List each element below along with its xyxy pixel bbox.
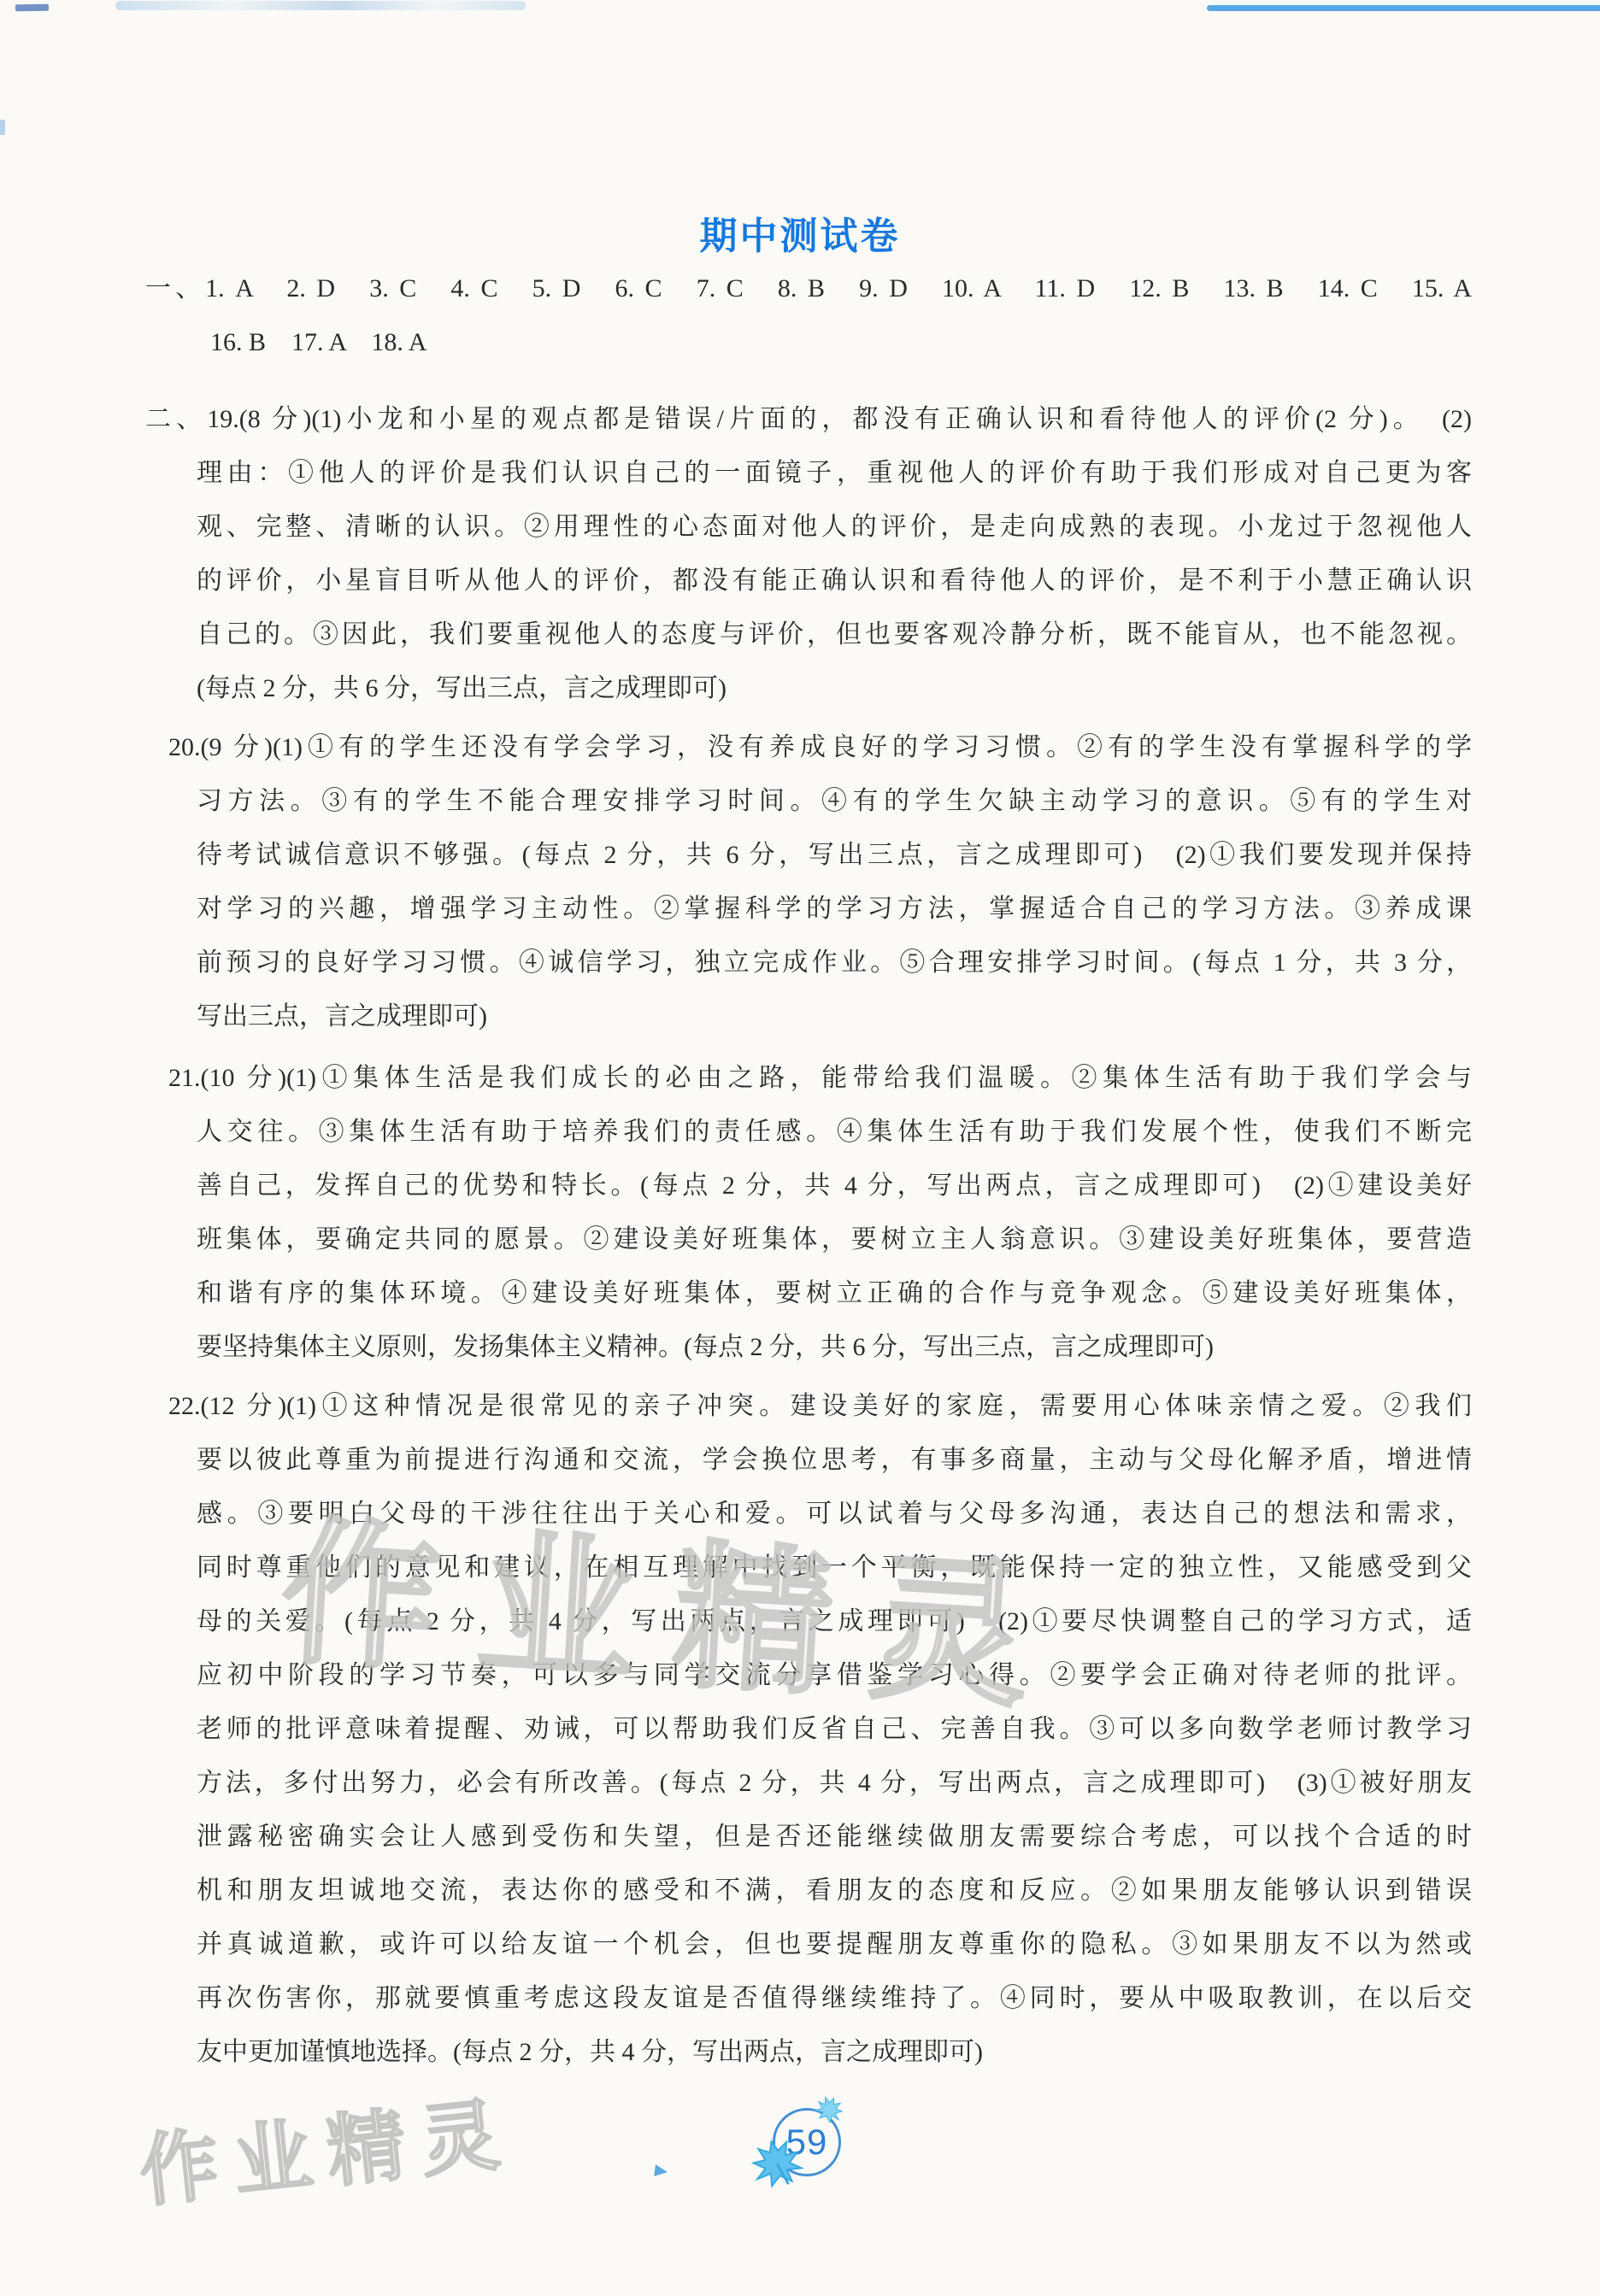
- text-line: 一、1. A 2. D 3. C 4. C 5. D 6. C 7. C 8. …: [145, 261, 1472, 315]
- text-line: 写出三点，言之成理即可): [197, 989, 1472, 1043]
- text-line: 机和朋友坦诚地交流，表达你的感受和不满，看朋友的态度和反应。②如果朋友能够认识到…: [197, 1864, 1472, 1917]
- text-line: 自己的。③因此，我们要重视他人的态度与评价，但也要客观冷静分析，既不能盲从，也不…: [197, 608, 1472, 661]
- text-line: 理由：①他人的评价是我们认识自己的一面镜子，重视他人的评价有助于我们形成对自己更…: [197, 446, 1472, 500]
- text-line: 善自己，发挥自己的优势和特长。(每点 2 分，共 4 分，写出两点，言之成理即可…: [197, 1159, 1472, 1213]
- text-line: 再次伤害你，那就要慎重考虑这段友谊是否值得继续维持了。④同时，要从中吸取教训，在…: [197, 1971, 1472, 2025]
- item-21: 21.(10 分)(1)①集体生活是我们成长的必由之路，能带给我们温暖。②集体生…: [145, 1051, 1472, 1374]
- text-line: 和谐有序的集体环境。④建设美好班集体，要树立正确的合作与竞争观念。⑤建设美好班集…: [197, 1266, 1472, 1320]
- text-line: 对学习的兴趣，增强学习主动性。②掌握科学的学习方法，掌握适合自己的学习方法。③养…: [197, 882, 1472, 936]
- text-line: 前预习的良好学习习惯。④诚信学习，独立完成作业。⑤合理安排学习时间。(每点 1 …: [197, 936, 1472, 989]
- text-line: 习方法。③有的学生不能合理安排学习时间。④有的学生欠缺主动学习的意识。⑤有的学生…: [197, 774, 1472, 828]
- text-line: 母的关爱。(每点 2 分，共 4 分，写出两点，言之成理即可) (2)①要尽快调…: [197, 1594, 1472, 1648]
- text-line: 要坚持集体主义原则，发扬集体主义精神。(每点 2 分，共 6 分，写出三点，言之…: [197, 1320, 1472, 1374]
- text-line: 并真诚道歉，或许可以给友谊一个机会，但也要提醒朋友尊重你的隐私。③如果朋友不以为…: [197, 1917, 1472, 1971]
- text-line: 观、完整、清晰的认识。②用理性的心态面对他人的评价，是走向成熟的表现。小龙过于忽…: [197, 500, 1472, 554]
- text-line: 20.(9 分)(1)①有的学生还没有学会学习，没有养成良好的学习习惯。②有的学…: [168, 720, 1472, 774]
- text-line: 方法，多付出努力，必会有所改善。(每点 2 分，共 4 分，写出两点，言之成理即…: [197, 1756, 1472, 1810]
- text-line: 二、19.(8 分)(1)小龙和小星的观点都是错误/片面的，都没有正确认识和看待…: [145, 392, 1472, 446]
- text-line: 要以彼此尊重为前提进行沟通和交流，学会换位思考，有事多商量，主动与父母化解矛盾，…: [197, 1433, 1472, 1487]
- page-number-badge: 59: [773, 2108, 841, 2176]
- text-line: 21.(10 分)(1)①集体生活是我们成长的必由之路，能带给我们温暖。②集体生…: [168, 1051, 1472, 1105]
- answer-key-page: 期中测试卷 一、1. A 2. D 3. C 4. C 5. D 6. C 7.…: [0, 0, 1600, 2296]
- watermark-bottom-left: 作业精灵: [133, 2070, 519, 2222]
- item-19: 二、19.(8 分)(1)小龙和小星的观点都是错误/片面的，都没有正确认识和看待…: [145, 392, 1472, 715]
- top-right-print-line: [1207, 5, 1600, 11]
- text-line: 22.(12 分)(1)①这种情况是很常见的亲子冲突。建设美好的家庭，需要用心体…: [168, 1379, 1472, 1433]
- text-line: 人交往。③集体生活有助于培养我们的责任感。④集体生活有助于我们发展个性，使我们不…: [197, 1105, 1472, 1159]
- choice-answers: 一、1. A 2. D 3. C 4. C 5. D 6. C 7. C 8. …: [145, 261, 1472, 369]
- decorative-arrow-mark: [654, 2164, 668, 2178]
- text-line: (每点 2 分，共 6 分，写出三点，言之成理即可): [197, 661, 1472, 715]
- item-20: 20.(9 分)(1)①有的学生还没有学会学习，没有养成良好的学习习惯。②有的学…: [145, 720, 1472, 1043]
- top-edge-ink-smear: [115, 1, 526, 10]
- text-line: 感。③要明白父母的干涉往往出于关心和爱。可以试着与父母多沟通，表达自己的想法和需…: [197, 1487, 1472, 1541]
- text-line: 老师的批评意味着提醒、劝诫，可以帮助我们反省自己、完善自我。③可以多向数学老师讨…: [197, 1702, 1472, 1756]
- text-line: 友中更加谨慎地选择。(每点 2 分，共 4 分，写出两点，言之成理即可): [197, 2025, 1472, 2079]
- text-line: 的评价，小星盲目听从他人的评价，都没有能正确认识和看待他人的评价，是不利于小慧正…: [197, 554, 1472, 608]
- left-edge-print-mark: [0, 120, 5, 135]
- text-line: 班集体，要确定共同的愿景。②建设美好班集体，要树立主人翁意识。③建设美好班集体，…: [197, 1213, 1472, 1266]
- text-line: 16. B 17. A 18. A: [210, 315, 1472, 369]
- text-line: 待考试诚信意识不够强。(每点 2 分，共 6 分，写出三点，言之成理即可) (2…: [197, 828, 1472, 882]
- text-line: 泄露秘密确实会让人感到受伤和失望，但是否还能继续做朋友需要综合考虑，可以找个合适…: [197, 1810, 1472, 1864]
- top-left-print-mark: [15, 4, 49, 12]
- body-text: 一、1. A 2. D 3. C 4. C 5. D 6. C 7. C 8. …: [145, 261, 1472, 2079]
- page-title: 期中测试卷: [0, 205, 1600, 260]
- text-line: 同时尊重他们的意见和建议，在相互理解中找到一个平衡，既能保持一定的独立性，又能感…: [197, 1541, 1472, 1594]
- item-22: 22.(12 分)(1)①这种情况是很常见的亲子冲突。建设美好的家庭，需要用心体…: [145, 1379, 1472, 2079]
- text-line: 应初中阶段的学习节奏，可以多与同学交流分享借鉴学习心得。②要学会正确对待老师的批…: [197, 1648, 1472, 1702]
